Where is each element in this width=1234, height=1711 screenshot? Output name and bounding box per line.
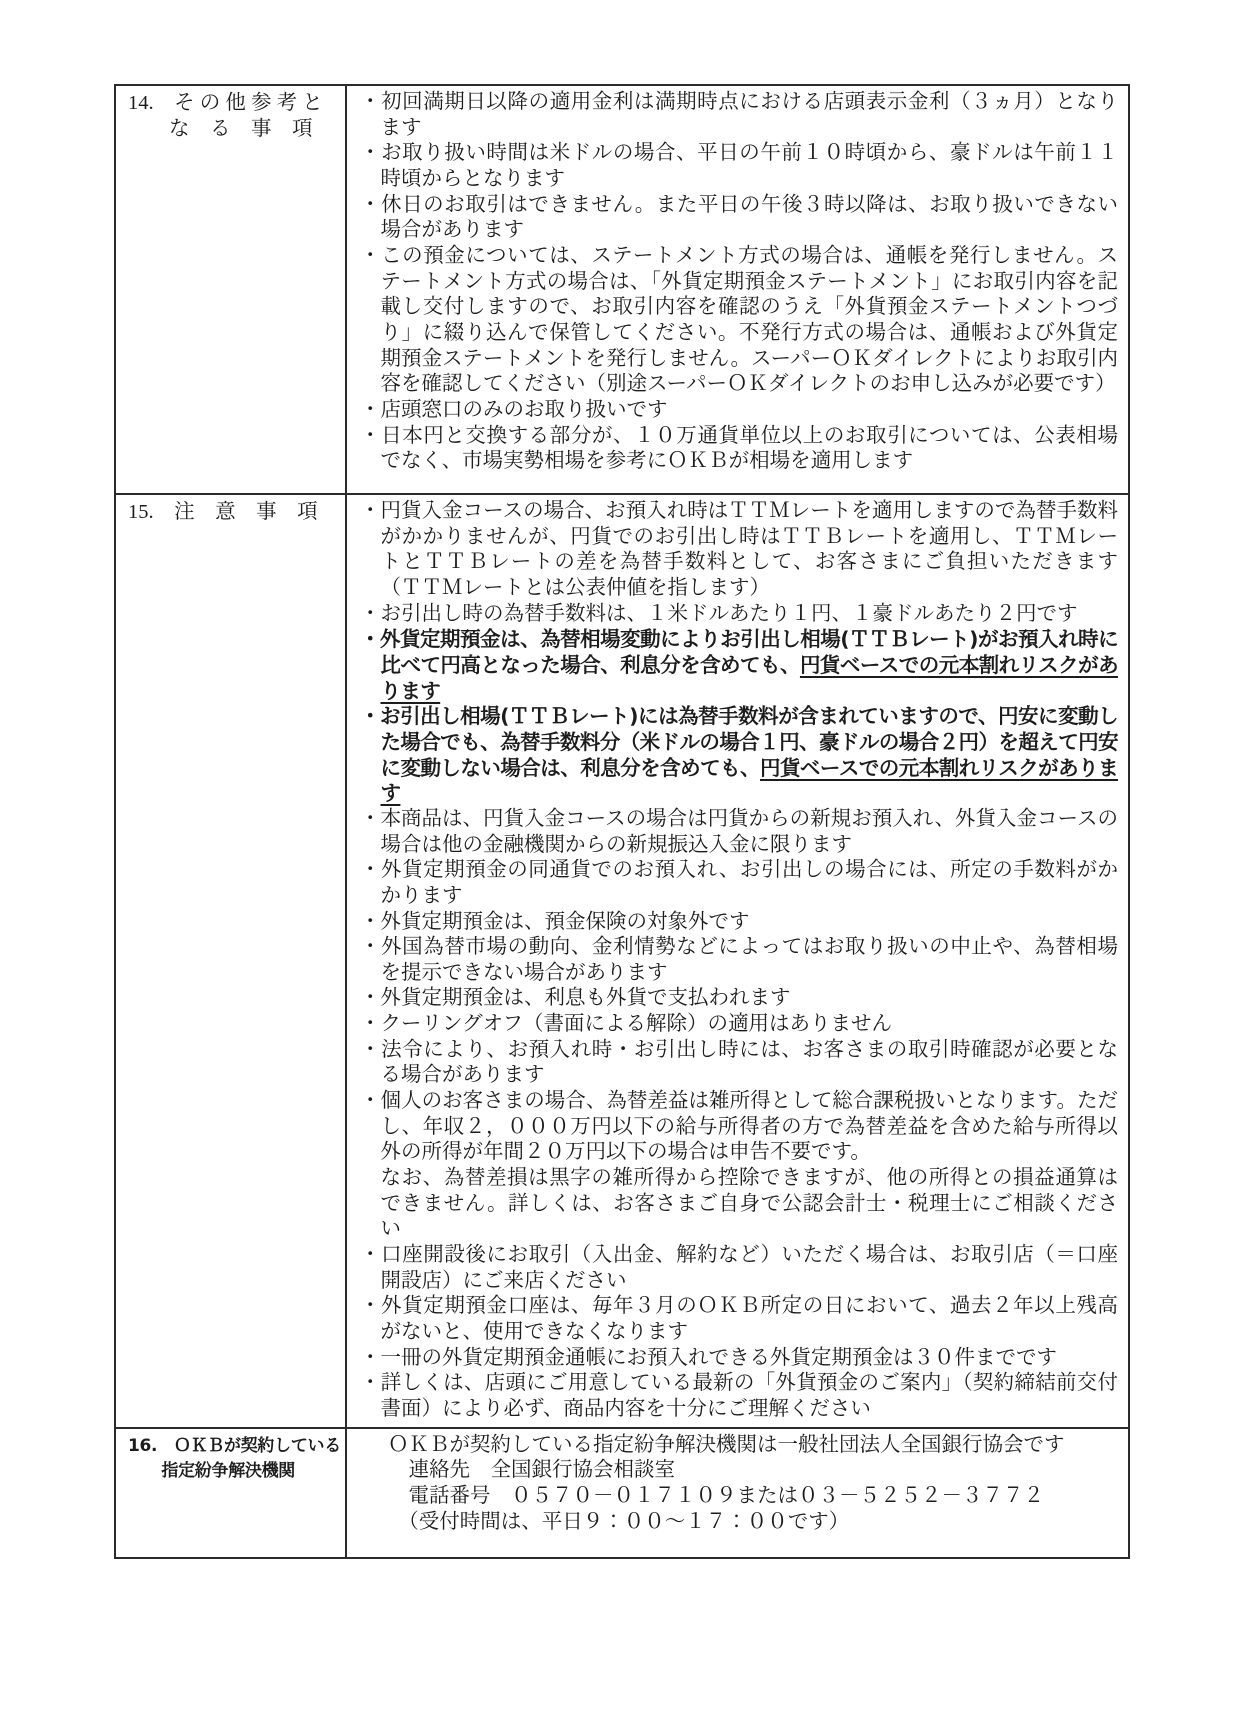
list-item: ・お取り扱い時間は米ドルの場合、平日の午前１０時頃から、豪ドルは午前１１時頃から… (360, 141, 1118, 192)
list-item: ・法令により、お預入れ時・お引出し時には、お客さまの取引時確認が必要となる場合が… (360, 1038, 1118, 1089)
bullet-icon: ・ (360, 1013, 381, 1035)
text-run: 外貨定期預金は、預金保険の対象外です (381, 911, 750, 933)
list-item: ・本商品は、円貨入金コースの場合は円貨からの新規お預入れ、外貨入金コースの場合は… (360, 807, 1118, 858)
list-item: ・外国為替市場の動向、金利情勢などによってはお取り扱いの中止や、為替相場を提示で… (360, 935, 1118, 986)
paragraph-line: 連絡先 全国銀行協会相談室 (388, 1458, 1118, 1484)
row-14-body-cell: ・初回満期日以降の適用金利は満期時点における店頭表示金利（３ヵ月）となります・お… (346, 85, 1129, 494)
list-item: ・日本円と交換する部分が、１０万通貨単位以上のお取引については、公表相場でなく、… (360, 424, 1118, 475)
list-item: ・外貨定期預金は、為替相場変動によりお引出し相場(ＴＴＢレート)がお預入れ時に比… (360, 627, 1118, 704)
list-item: ・円貨入金コースの場合、お預入れ時はＴＴＭレートを適用しますので為替手数料がかか… (360, 499, 1118, 602)
list-item: ・口座開設後にお取引（入出金、解約など）いただく場合は、お取引店（＝口座開設店）… (360, 1243, 1118, 1294)
text-run: 一冊の外貨定期預金通帳にお預入れできる外貨定期預金は３０件までです (381, 1347, 1058, 1369)
list-item: ・お引出し相場(ＴＴＢレート)には為替手数料が含まれていますので、円安に変動した… (360, 704, 1118, 807)
list-item: ・外貨定期預金の同通貨でのお預入れ、お引出しの場合には、所定の手数料がかかります (360, 858, 1118, 909)
list-item: ・外貨定期預金は、利息も外貨で支払われます (360, 986, 1118, 1012)
bullet-icon: ・ (360, 245, 381, 267)
terms-table: 14. そ の 他 参 考 と な る 事 項 ・初回満期日以降の適用金利は満期… (114, 84, 1130, 1559)
text-run: 口座開設後にお取引（入出金、解約など）いただく場合は、お取引店（＝口座開設店）に… (381, 1244, 1119, 1292)
bullet-icon: ・ (360, 987, 381, 1009)
bullet-icon: ・ (360, 936, 381, 958)
text-run: 本商品は、円貨入金コースの場合は円貨からの新規お預入れ、外貨入金コースの場合は他… (381, 808, 1119, 856)
text-run: お引出し時の為替手数料は、１米ドルあたり１円、１豪ドルあたり２円です (381, 603, 1078, 625)
document-page: { "colors": { "background": "#ffffff", "… (0, 0, 1234, 1711)
bullet-icon: ・ (360, 704, 380, 728)
text-run: 外貨定期預金は、利息も外貨で支払われます (381, 987, 791, 1009)
row-14-heading-line-1: 14. そ の 他 参 考 と (128, 91, 339, 117)
row-15-heading-line-1: 15. 注 意 事 項 (128, 500, 339, 526)
bullet-icon: ・ (360, 1295, 381, 1317)
row-16-heading-line-2: 指定紛争解決機関 (128, 1459, 339, 1484)
list-item: ・休日のお取引はできません。また平日の午後３時以降は、お取り扱いできない場合があ… (360, 193, 1118, 244)
list-item: ・一冊の外貨定期預金通帳にお預入れできる外貨定期預金は３０件までです (360, 1346, 1118, 1372)
row-14-heading-cell: 14. そ の 他 参 考 と な る 事 項 (115, 85, 346, 494)
list-item: ・お引出し時の為替手数料は、１米ドルあたり１円、１豪ドルあたり２円です (360, 602, 1118, 628)
bullet-icon: ・ (360, 142, 381, 164)
bullet-icon: ・ (360, 627, 380, 651)
list-item: ・外貨定期預金は、預金保険の対象外です (360, 910, 1118, 936)
bullet-icon: ・ (360, 399, 381, 421)
bullet-icon: ・ (360, 425, 381, 447)
bullet-icon: ・ (360, 603, 381, 625)
table-row-14-other-reference-matters: 14. そ の 他 参 考 と な る 事 項 ・初回満期日以降の適用金利は満期… (115, 85, 1129, 494)
text-run: 休日のお取引はできません。また平日の午後３時以降は、お取り扱いできない場合があり… (381, 194, 1119, 242)
text-run: 日本円と交換する部分が、１０万通貨単位以上のお取引については、公表相場でなく、市… (381, 425, 1119, 473)
text-run: クーリングオフ（書面による解除）の適用はありません (381, 1013, 892, 1035)
table-row-16-dispute-resolution-org: 16. ＯＫＢが契約している 指定紛争解決機関 ＯＫＢが契約している指定紛争解決… (115, 1428, 1129, 1558)
text-run: 法令により、お預入れ時・お引出し時には、お客さまの取引時確認が必要となる場合があ… (381, 1039, 1119, 1087)
text-run: この預金については、ステートメント方式の場合は、通帳を発行しません。ステートメン… (381, 245, 1119, 395)
text-run: 初回満期日以降の適用金利は満期時点における店頭表示金利（３ヵ月）となります (381, 91, 1119, 139)
text-run: 外国為替市場の動向、金利情勢などによってはお取り扱いの中止や、為替相場を提示でき… (381, 936, 1119, 984)
list-item: ・この預金については、ステートメント方式の場合は、通帳を発行しません。ステートメ… (360, 244, 1118, 398)
bullet-icon: ・ (360, 808, 381, 830)
text-run: 外貨定期預金の同通貨でのお預入れ、お引出しの場合には、所定の手数料がかかります (381, 859, 1119, 907)
bullet-icon: ・ (360, 91, 381, 113)
list-item: ・詳しくは、店頭にご用意している最新の「外貨預金のご案内」（契約締結前交付書面）… (360, 1371, 1118, 1422)
bullet-icon: ・ (360, 1372, 381, 1394)
paragraph-line: 電話番号 ０５７０－０１７１０９または０３－５２５２－３７７２ (388, 1484, 1118, 1510)
list-item: ・初回満期日以降の適用金利は満期時点における店頭表示金利（３ヵ月）となります (360, 90, 1118, 141)
row-16-paragraph-block: ＯＫＢが契約している指定紛争解決機関は一般社団法人全国銀行協会です 連絡先 全国… (360, 1433, 1118, 1536)
paragraph-line: ＯＫＢが契約している指定紛争解決機関は一般社団法人全国銀行協会です (388, 1433, 1118, 1459)
list-item: ・店頭窓口のみのお取り扱いです (360, 398, 1118, 424)
row-16-heading-cell: 16. ＯＫＢが契約している 指定紛争解決機関 (115, 1428, 346, 1558)
bullet-icon: ・ (360, 194, 381, 216)
row-15-body-cell: ・円貨入金コースの場合、お預入れ時はＴＴＭレートを適用しますので為替手数料がかか… (346, 494, 1129, 1428)
text-run: 外貨定期預金口座は、毎年３月のＯＫＢ所定の日において、過去２年以上残高がないと、… (381, 1295, 1119, 1343)
text-run: 店頭窓口のみのお取り扱いです (381, 399, 668, 421)
bullet-icon: ・ (360, 1090, 381, 1112)
bullet-icon: ・ (360, 1244, 381, 1266)
text-run: 個人のお客さまの場合、為替差益は雑所得として総合課税扱いとなります。ただし、年収… (381, 1090, 1119, 1240)
bullet-icon: ・ (360, 911, 381, 933)
table-row-15-cautions: 15. 注 意 事 項 ・円貨入金コースの場合、お預入れ時はＴＴＭレートを適用し… (115, 494, 1129, 1428)
bullet-icon: ・ (360, 1039, 381, 1061)
bullet-icon: ・ (360, 859, 381, 881)
row-16-heading-line-1: 16. ＯＫＢが契約している (128, 1434, 339, 1459)
list-item: ・外貨定期預金口座は、毎年３月のＯＫＢ所定の日において、過去２年以上残高がないと… (360, 1294, 1118, 1345)
text-run: 円貨入金コースの場合、お預入れ時はＴＴＭレートを適用しますので為替手数料がかかり… (381, 500, 1119, 599)
paragraph-line: （受付時間は、平日９：００～１７：００です） (388, 1510, 1118, 1536)
row-15-heading-cell: 15. 注 意 事 項 (115, 494, 346, 1428)
bullet-icon: ・ (360, 500, 381, 522)
list-item: ・クーリングオフ（書面による解除）の適用はありません (360, 1012, 1118, 1038)
bullet-icon: ・ (360, 1347, 381, 1369)
row-14-heading-line-2: な る 事 項 (128, 117, 339, 143)
row-16-body-cell: ＯＫＢが契約している指定紛争解決機関は一般社団法人全国銀行協会です 連絡先 全国… (346, 1428, 1129, 1558)
text-run: 詳しくは、店頭にご用意している最新の「外貨預金のご案内」（契約締結前交付書面）に… (381, 1372, 1119, 1420)
list-item: ・個人のお客さまの場合、為替差益は雑所得として総合課税扱いとなります。ただし、年… (360, 1089, 1118, 1243)
text-run: お取り扱い時間は米ドルの場合、平日の午前１０時頃から、豪ドルは午前１１時頃からと… (381, 142, 1119, 190)
